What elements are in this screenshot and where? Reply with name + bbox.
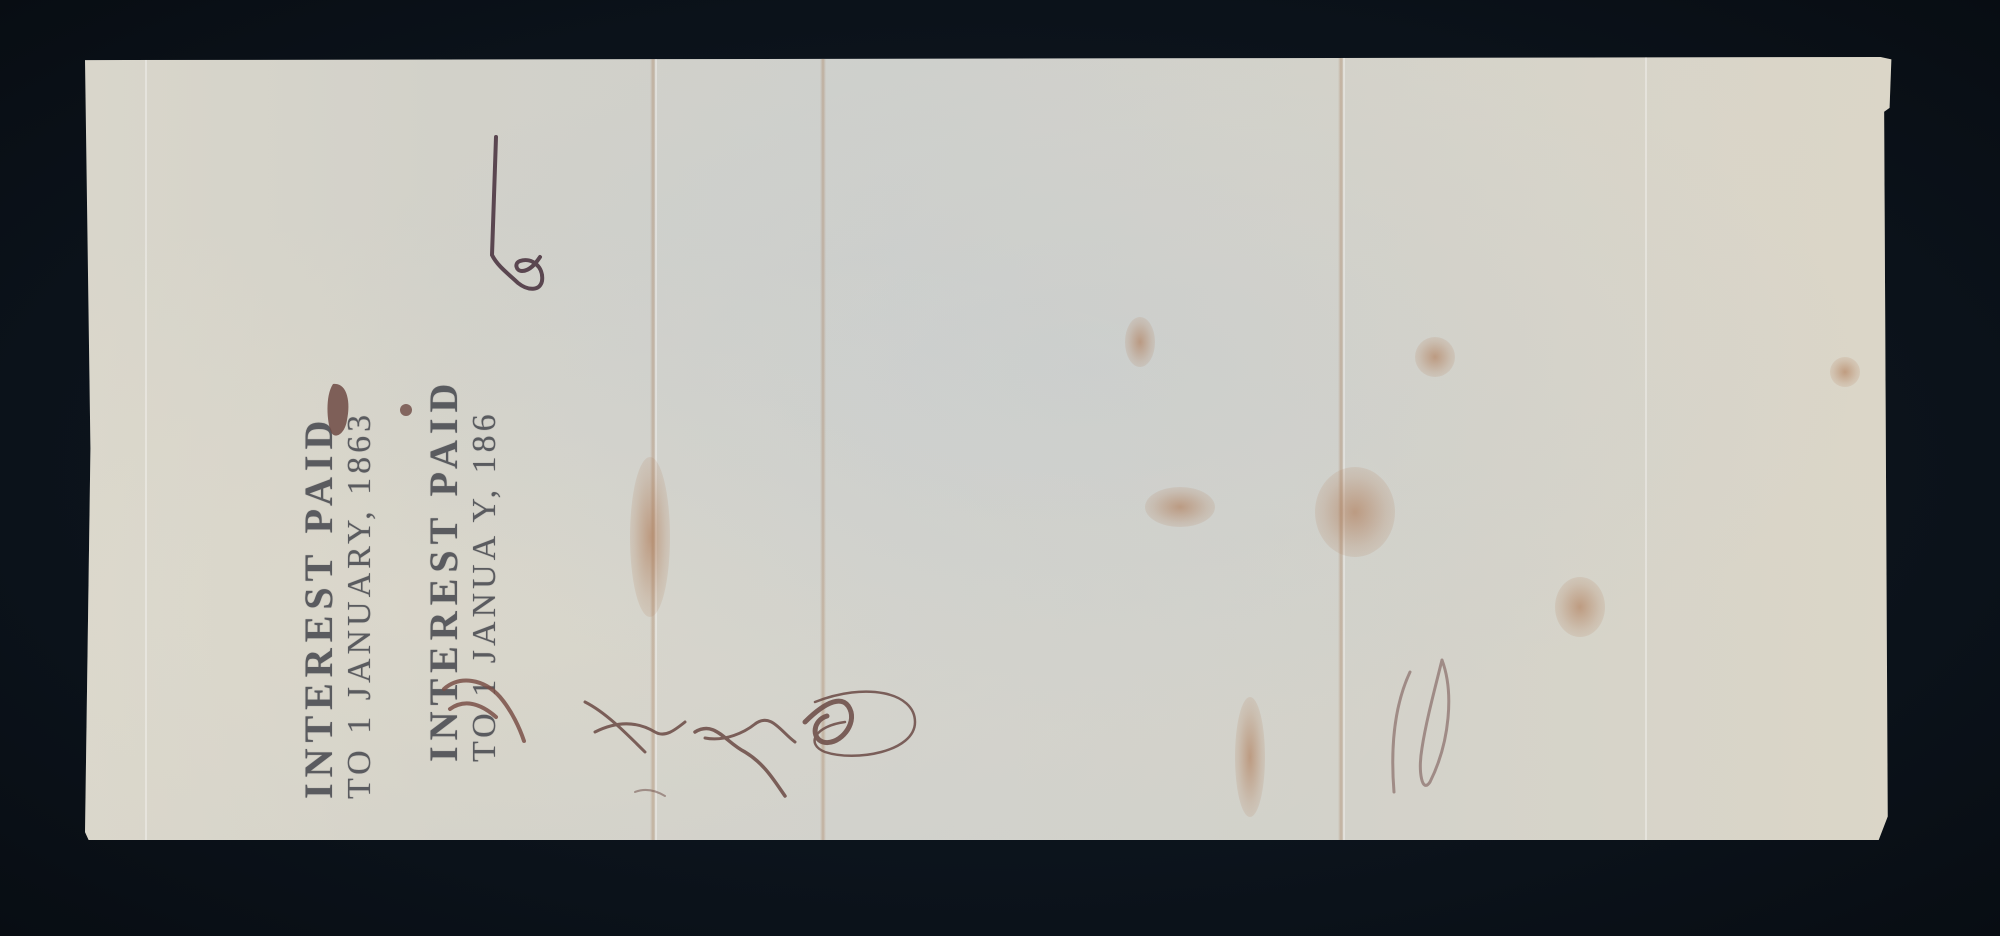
handwritten-five <box>480 135 560 305</box>
ink-dot <box>398 402 414 418</box>
foxing-stain <box>1555 577 1605 637</box>
pen-stroke <box>440 669 530 749</box>
handwritten-ten <box>1370 652 1460 812</box>
foxing-stain <box>1830 357 1860 387</box>
crease-line <box>145 57 147 840</box>
banknote-reverse: INTEREST PAID TO 1 JANUARY, 1863 INTERES… <box>85 57 1895 840</box>
interest-paid-stamp-1: INTEREST PAID TO 1 JANUARY, 1863 <box>298 411 380 799</box>
foxing-stain <box>1125 317 1155 367</box>
foxing-stain <box>1145 487 1215 527</box>
foxing-stain <box>630 457 670 617</box>
foxing-stain <box>1415 337 1455 377</box>
foxing-stain <box>1315 467 1395 557</box>
stamp-heading: INTEREST PAID <box>298 411 340 799</box>
crease-line <box>1645 57 1647 840</box>
ink-blot <box>325 382 355 442</box>
signature <box>575 672 935 832</box>
stamp-date: TO 1 JANUARY, 1863 <box>340 411 380 799</box>
foxing-stain <box>1235 697 1265 817</box>
crease-line <box>1343 57 1345 840</box>
